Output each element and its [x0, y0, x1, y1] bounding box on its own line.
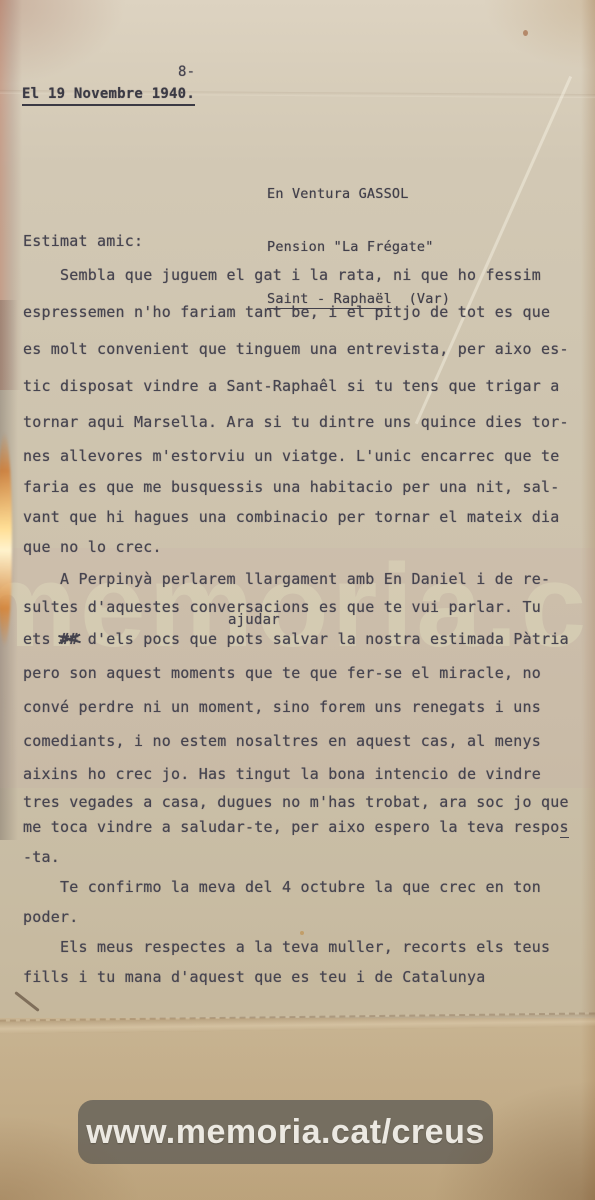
- date-text: El 19 Novembre 1940.: [22, 86, 195, 106]
- letter-line: tic disposat vindre a Sant-Raphaêl si tu…: [23, 377, 560, 395]
- watermark-badge: www.memoria.cat/creus: [78, 1100, 493, 1164]
- letter-line-respos: me toca vindre a saludar-te, per aixo es…: [23, 818, 569, 836]
- letter-line: es molt convenient que tinguem una entre…: [23, 340, 569, 358]
- letter-scan: memoria.c 8- El 19 Novembre 1940. En Ven…: [0, 0, 595, 1200]
- letter-line: poder.: [23, 908, 79, 926]
- letter-line: vant que hi hagues una combinacio per to…: [23, 508, 560, 526]
- struck-word: ##: [60, 630, 79, 648]
- letter-line: A Perpinyà perlarem llargament amb En Da…: [60, 570, 550, 588]
- letter-line: Sembla que juguem el gat i la rata, ni q…: [60, 266, 541, 284]
- letter-line: comediants, i no estem nosaltres en aque…: [23, 732, 541, 750]
- letter-line: tornar aqui Marsella. Ara si tu dintre u…: [23, 413, 569, 431]
- letter-line: tres vegades a casa, dugues no m'has tro…: [23, 793, 569, 811]
- paper-fold-mark: [14, 991, 39, 1012]
- line-main: me toca vindre a saludar-te, per aixo es…: [23, 818, 560, 836]
- letter-line: faria es que me busquessis una habitacio…: [23, 478, 560, 496]
- watermark-url: www.memoria.cat/creus: [86, 1113, 485, 1152]
- letter-line: Te confirmo la meva del 4 octubre la que…: [60, 878, 541, 896]
- letter-line: nes allevores m'estorviu un viatge. L'un…: [23, 447, 560, 465]
- page-number: 8-: [178, 64, 195, 80]
- letter-line-with-strikeout: ets ## d'els pocs que pots salvar la nos…: [23, 630, 569, 648]
- paper-speck: [523, 30, 528, 36]
- letter-line: -ta.: [23, 848, 60, 866]
- letter-line: aixins ho crec jo. Has tingut la bona in…: [23, 765, 541, 783]
- recipient-pension: Pension "La Frégate": [267, 239, 450, 257]
- recipient-name: En Ventura GASSOL: [267, 186, 450, 204]
- letter-line: Els meus respectes a la teva muller, rec…: [60, 938, 550, 956]
- letter-line: convé perdre ni un moment, sino forem un…: [23, 698, 541, 716]
- underlined-letter: s: [560, 818, 569, 838]
- line-suffix: d'els pocs que pots salvar la nostra est…: [79, 630, 569, 648]
- date-line: El 19 Novembre 1940.: [22, 84, 195, 102]
- salutation: Estimat amic:: [23, 232, 143, 250]
- line-prefix: ets: [23, 630, 60, 648]
- letter-line: pero son aquest moments que te que fer-s…: [23, 664, 541, 682]
- interline-insertion: ajudar: [228, 612, 280, 628]
- letter-line: que no lo crec.: [23, 538, 162, 556]
- paper-speck: [300, 931, 304, 935]
- letter-line: sultes d'aquestes conversacions es que t…: [23, 598, 541, 616]
- letter-line: fills i tu mana d'aquest que es teu i de…: [23, 968, 486, 986]
- letter-line: espressemen n'ho fariam tant be, i el pi…: [23, 303, 550, 321]
